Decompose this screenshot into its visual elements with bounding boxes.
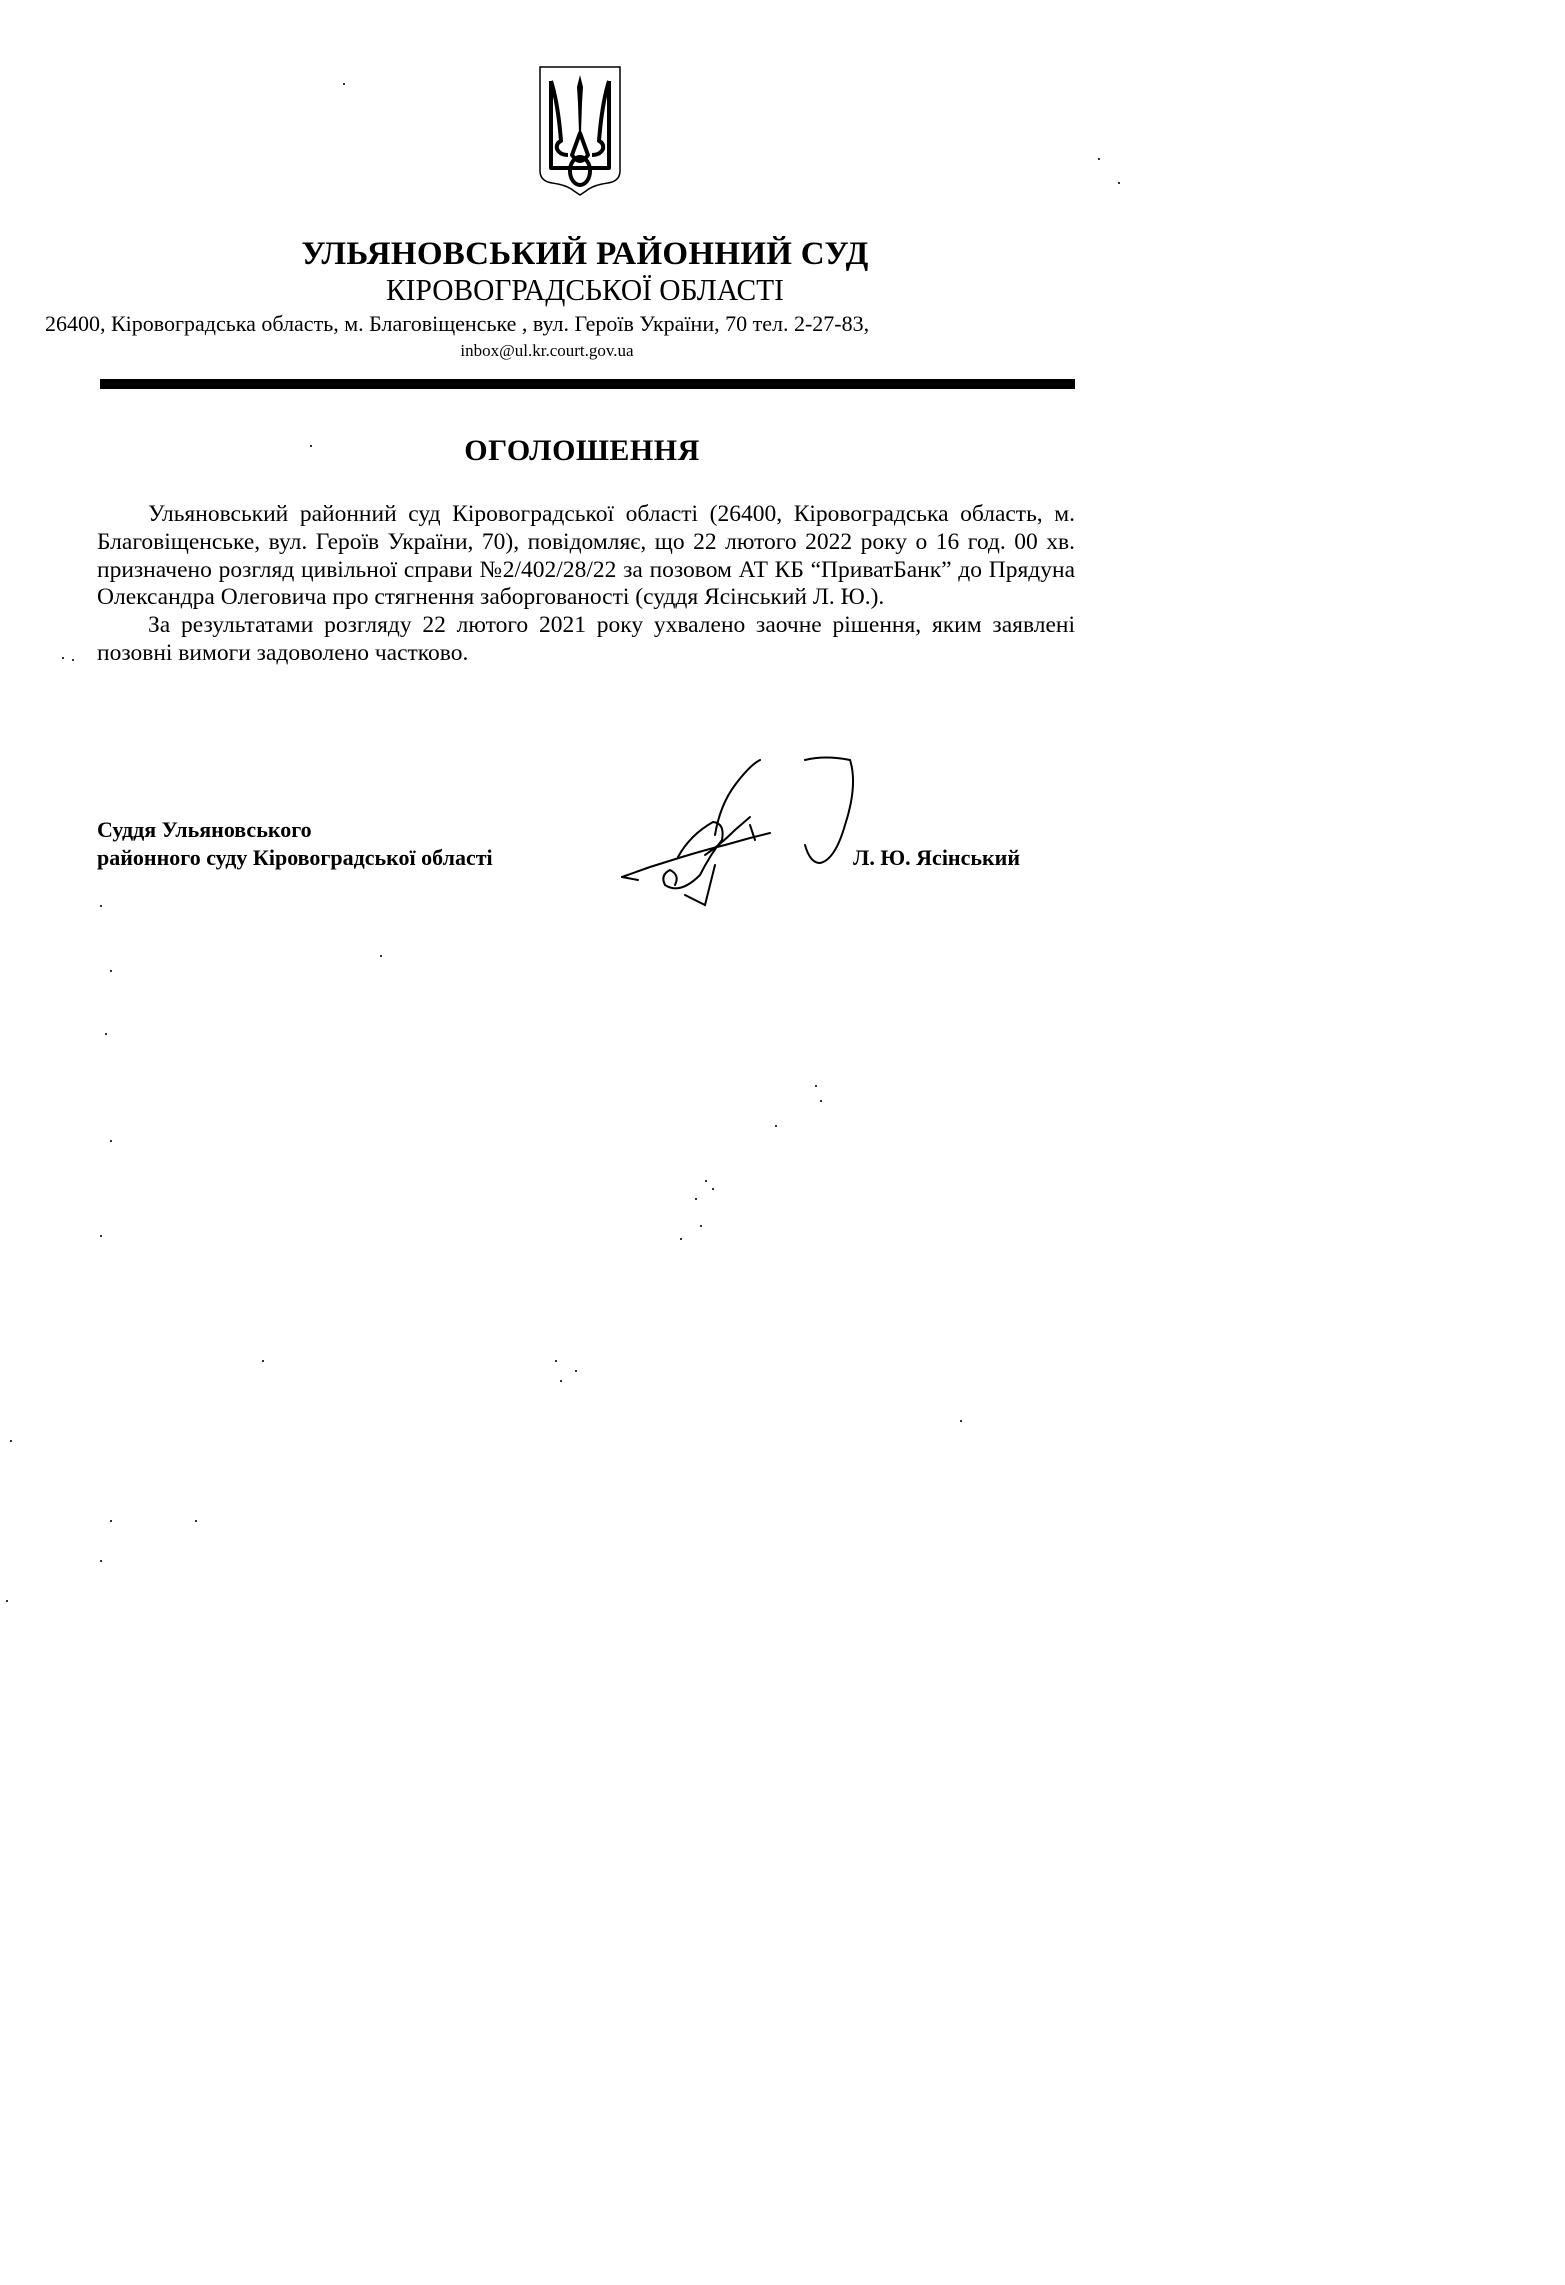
court-email: inbox@ul.kr.court.gov.ua <box>0 341 1094 361</box>
court-name: УЛЬЯНОВСЬКИЙ РАЙОННИЙ СУД <box>0 236 1170 272</box>
paragraph-decision: За результатами розгляду 22 лютого 2021 … <box>97 612 1075 668</box>
signer-title-line2: районного суду Кіровоградської області <box>97 844 493 872</box>
signer-name: Л. Ю. Ясінський <box>853 844 1020 872</box>
signer-title: Суддя Ульяновського районного суду Кіров… <box>97 816 493 872</box>
signer-title-line1: Суддя Ульяновського <box>97 816 493 844</box>
document-heading: ОГОЛОШЕННЯ <box>0 434 1164 468</box>
document-body: Ульяновський районний суд Кіровоградсько… <box>97 501 1075 668</box>
header-divider <box>100 379 1075 389</box>
paragraph-announcement: Ульяновський районний суд Кіровоградсько… <box>97 501 1075 612</box>
court-address: 26400, Кіровоградська область, м. Благов… <box>45 311 1055 337</box>
handwritten-signature-icon <box>610 745 880 910</box>
coat-of-arms-icon <box>538 63 622 196</box>
court-region: КІРОВОГРАДСЬКОЇ ОБЛАСТІ <box>29 273 1141 307</box>
